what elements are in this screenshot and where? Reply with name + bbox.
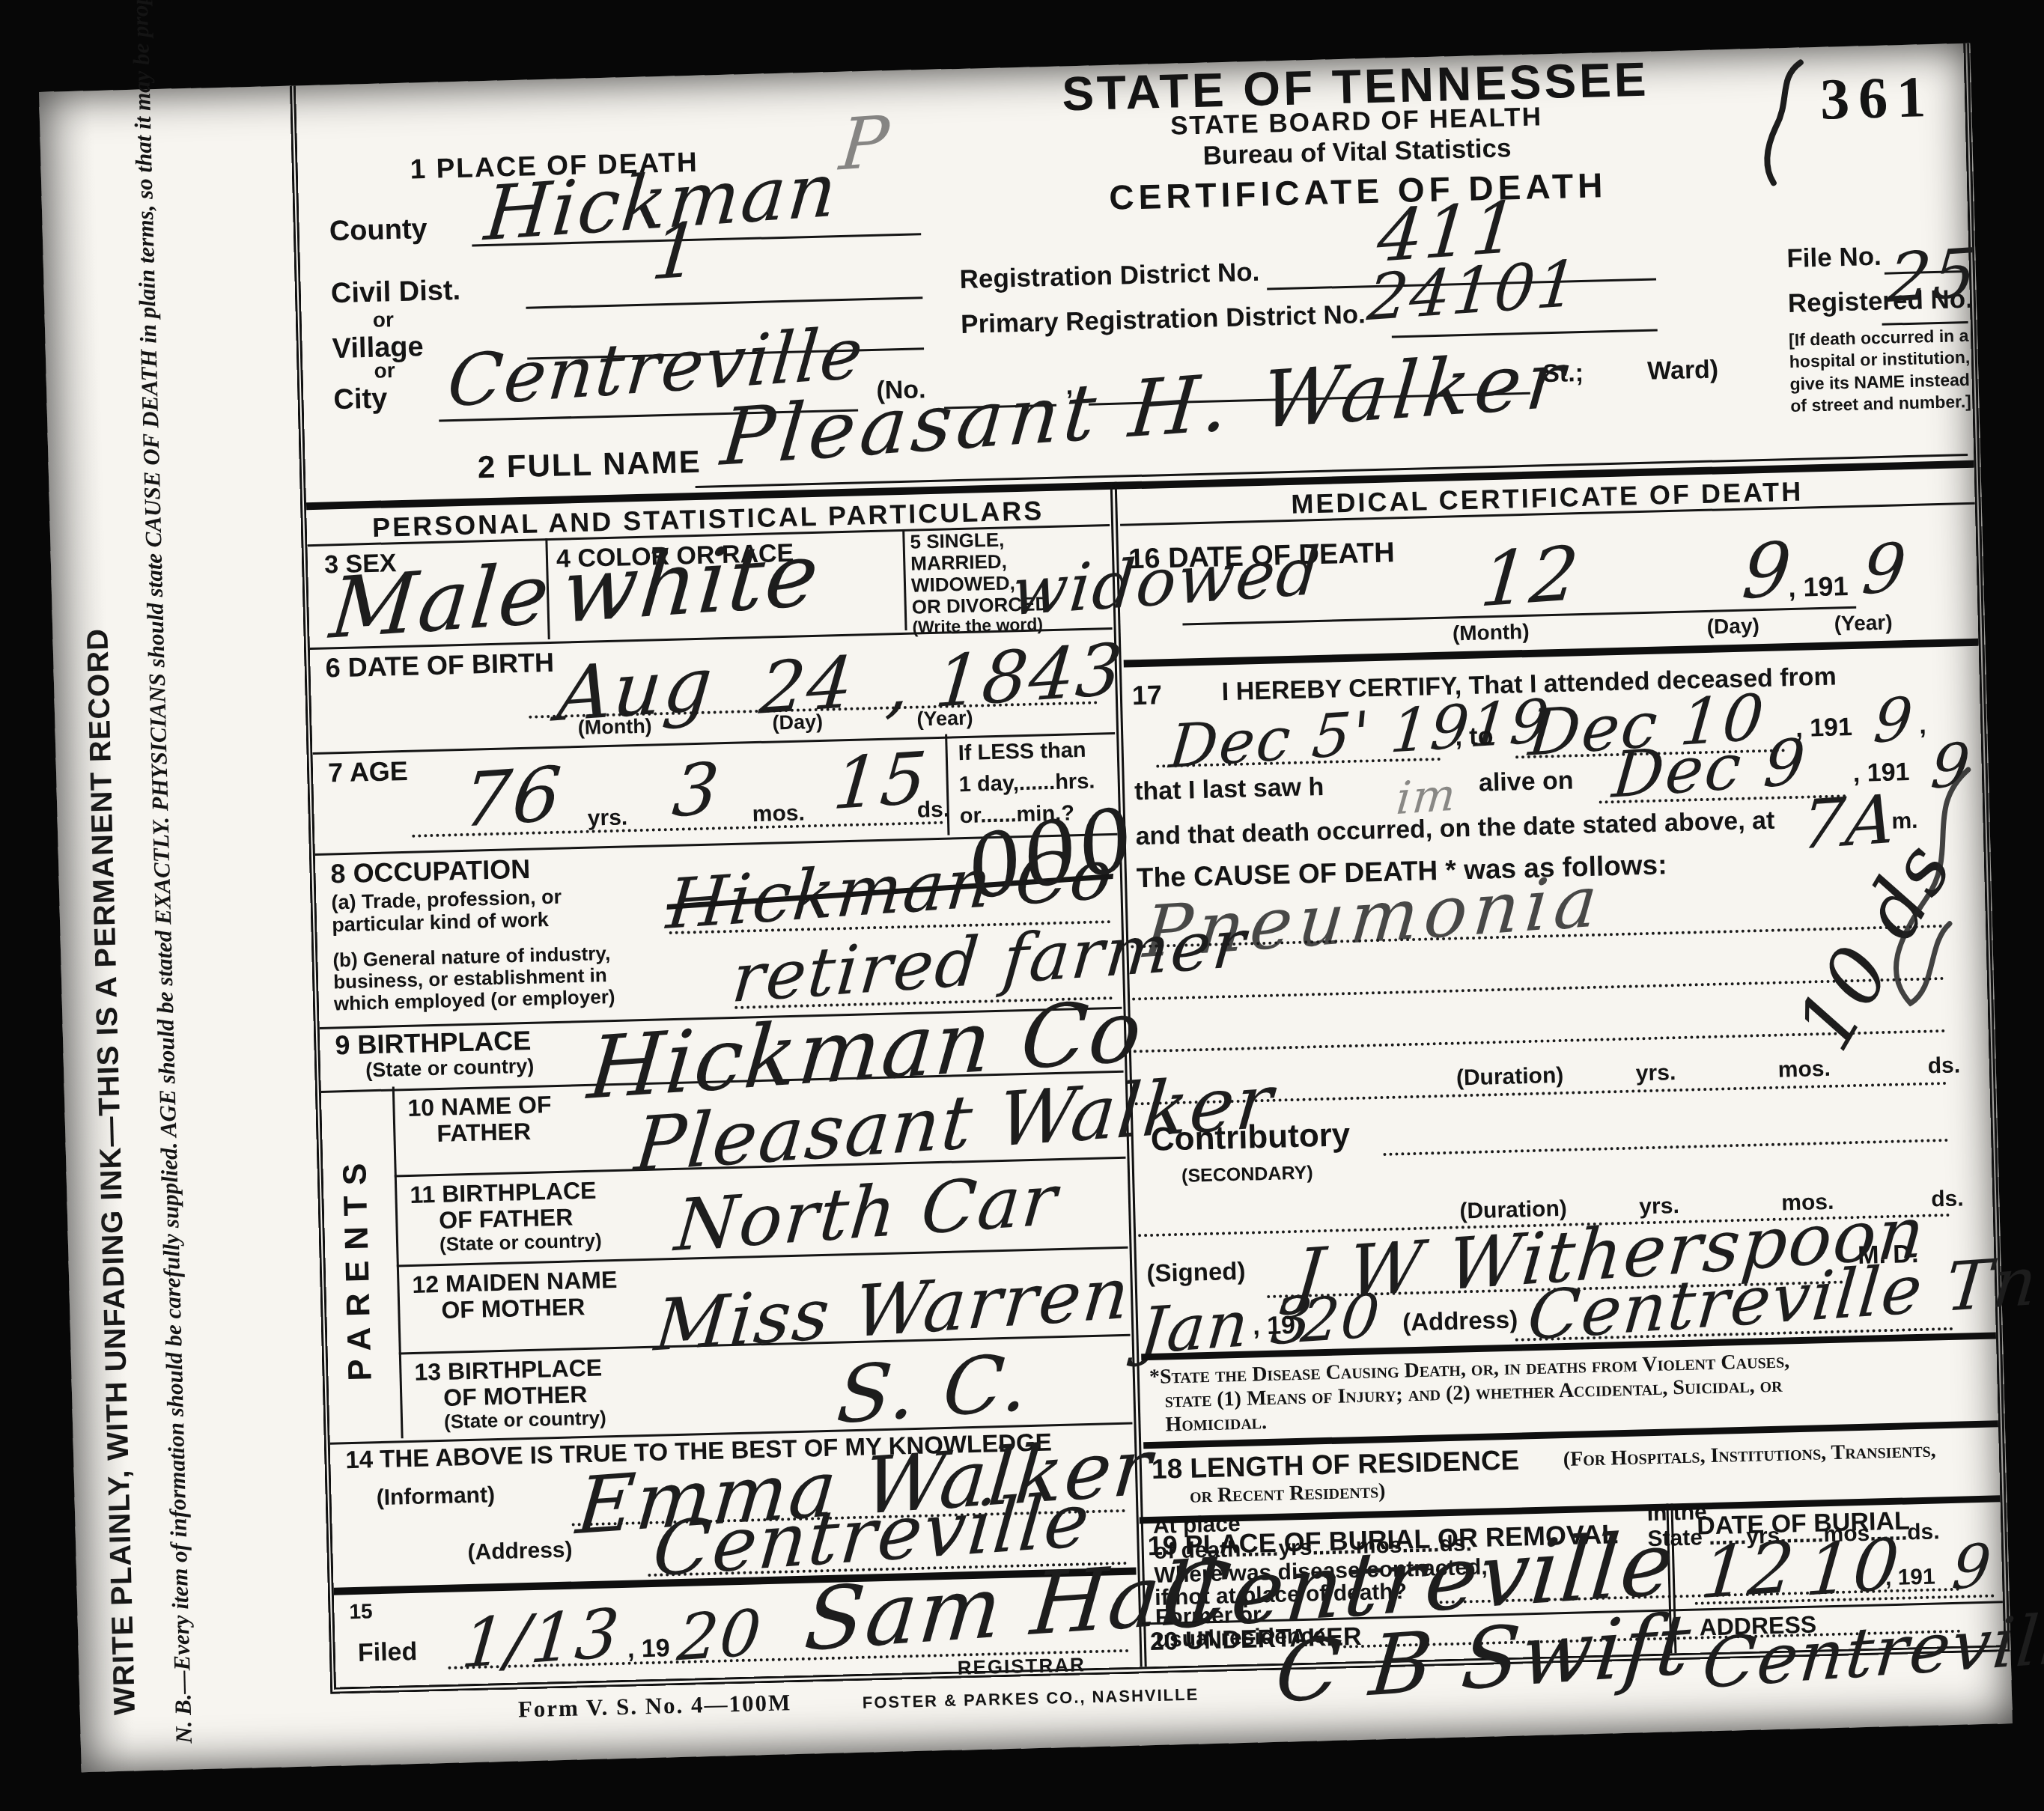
age-label: 7 AGE bbox=[328, 755, 409, 789]
mother-birthplace-label: 13 BIRTHPLACE OF MOTHER (State or countr… bbox=[414, 1354, 606, 1433]
father-label-line2: FATHER bbox=[437, 1118, 553, 1147]
father-name-label: 10 NAME OF FATHER bbox=[407, 1092, 553, 1148]
ds-label: ds. bbox=[916, 797, 949, 824]
death-month-label: (Month) bbox=[1453, 620, 1530, 646]
civil-dist-label: Civil Dist. bbox=[330, 275, 460, 310]
occ-b-label: (b) General nature of industry, business… bbox=[332, 943, 615, 1015]
primary-district-value: 24101 bbox=[1365, 252, 1581, 331]
mother-label-line1: 12 MAIDEN NAME bbox=[412, 1267, 618, 1298]
sex-value: Male bbox=[327, 552, 554, 651]
occ-a-label: (a) Trade, profession, or particular kin… bbox=[331, 886, 562, 937]
stray-pencil-mark: P bbox=[837, 107, 893, 182]
mother-label-line2: OF MOTHER bbox=[441, 1293, 618, 1324]
last-saw-text-2: alive on bbox=[1478, 766, 1574, 797]
full-name-label: 2 FULL NAME bbox=[477, 444, 702, 486]
primary-district-label: Primary Registration District No. bbox=[961, 299, 1366, 340]
occupation-label: 8 OCCUPATION bbox=[330, 853, 531, 890]
birthplace-sub-label: (State or country) bbox=[365, 1055, 535, 1083]
death-year-value: 9 bbox=[1860, 535, 1911, 605]
race-value: white bbox=[559, 529, 824, 636]
dob-label: 6 DATE OF BIRTH bbox=[325, 647, 554, 684]
yrs-label: yrs. bbox=[587, 805, 627, 831]
hospital-note: [If death occurred in a hospital or inst… bbox=[1789, 325, 1980, 418]
registered-no-value: 25 bbox=[1885, 240, 1980, 313]
county-label: County bbox=[329, 213, 428, 248]
informant-address-label: (Address) bbox=[467, 1538, 573, 1566]
occ-a-line2: particular kind of work bbox=[332, 908, 562, 936]
secondary-label: (SECONDARY) bbox=[1181, 1162, 1313, 1187]
death-month-value: 12 bbox=[1477, 536, 1583, 618]
cause-note-line3: Homicidal. bbox=[1165, 1410, 1267, 1437]
ward-label: Ward) bbox=[1647, 355, 1719, 386]
reg-district-label: Registration District No. bbox=[959, 258, 1259, 295]
dob-year-label: (Year) bbox=[916, 707, 973, 731]
duration1-mos: mos. bbox=[1777, 1056, 1831, 1083]
death-year-label: (Year) bbox=[1834, 611, 1893, 636]
certificate-sheet: WRITE PLAINLY, WITH UNFADING INK—THIS IS… bbox=[39, 43, 2013, 1773]
civil-dist-value: 1 bbox=[648, 213, 705, 291]
dob-day-label: (Day) bbox=[772, 710, 823, 735]
file-no-label: File No. bbox=[1786, 242, 1882, 274]
father-bp-line3: (State or country) bbox=[439, 1230, 602, 1255]
sign-year-prefix: , 19 bbox=[1253, 1311, 1296, 1341]
certificate-form: STATE OF TENNESSEE 361 STATE BOARD OF HE… bbox=[290, 43, 2010, 1694]
death-year-prefix: , 191 bbox=[1788, 570, 1849, 603]
last-saw-text-1: that I last saw h bbox=[1134, 773, 1324, 806]
father-birthplace-label: 11 BIRTHPLACE OF FATHER (State or countr… bbox=[410, 1177, 602, 1255]
at-place-line1: At place bbox=[1153, 1512, 1241, 1539]
mother-name-label: 12 MAIDEN NAME OF MOTHER bbox=[412, 1267, 618, 1324]
marital-line1: 5 SINGLE, bbox=[910, 528, 1047, 553]
certificate-number: 361 bbox=[1819, 63, 1935, 133]
filed-label: Filed bbox=[357, 1637, 417, 1668]
or-label-1: or bbox=[372, 308, 394, 332]
mother-birthplace-value: S. C. bbox=[834, 1343, 1032, 1435]
certify-no: 17 bbox=[1131, 679, 1162, 711]
residence-label: 18 LENGTH OF RESIDENCE bbox=[1152, 1445, 1520, 1485]
marital-value: widowed bbox=[1009, 538, 1323, 625]
mos-label: mos. bbox=[752, 800, 805, 827]
to-label: , to bbox=[1455, 722, 1494, 752]
printer-name: FOSTER & PARKES CO., NASHVILLE bbox=[862, 1684, 1199, 1712]
age-days-value: 15 bbox=[830, 743, 931, 821]
signed-label: (Signed) bbox=[1146, 1257, 1246, 1288]
duration1-ds: ds. bbox=[1927, 1053, 1960, 1079]
residence-sub-label: (For Hospitals, Institutions, Transients… bbox=[1563, 1438, 1936, 1472]
filed-no-label: 15 bbox=[349, 1599, 373, 1624]
form-number: Form V. S. No. 4—100M bbox=[517, 1689, 791, 1723]
parents-label: PARENTS bbox=[335, 1102, 380, 1432]
if-less-line1: If LESS than bbox=[958, 738, 1086, 766]
death-day-value: 9 bbox=[1739, 532, 1795, 610]
duration1-yrs: yrs. bbox=[1635, 1060, 1676, 1086]
or-label-2: or bbox=[374, 359, 395, 383]
death-day-label: (Day) bbox=[1706, 614, 1759, 639]
city-label: City bbox=[333, 383, 388, 416]
informant-label: (Informant) bbox=[376, 1482, 495, 1511]
duration-label-1: (Duration) bbox=[1456, 1063, 1564, 1092]
to-year-value: 9 bbox=[1871, 690, 1916, 752]
age-months-value: 3 bbox=[670, 754, 723, 828]
duration2-ds: ds. bbox=[1931, 1186, 1964, 1212]
residence-sub-label2: or Recent Residents) bbox=[1190, 1479, 1386, 1509]
if-less-line2: 1 day,......hrs. bbox=[958, 770, 1095, 798]
to-comma: , bbox=[1919, 710, 1926, 740]
age-years-value: 76 bbox=[460, 757, 565, 838]
in-state-line1: In the bbox=[1646, 1500, 1707, 1527]
dob-month-label: (Month) bbox=[577, 715, 652, 740]
mother-bp-line3: (State or country) bbox=[444, 1407, 606, 1433]
ink-flourish-2 bbox=[1834, 762, 1989, 1013]
sign-address-label: (Address) bbox=[1402, 1306, 1518, 1337]
